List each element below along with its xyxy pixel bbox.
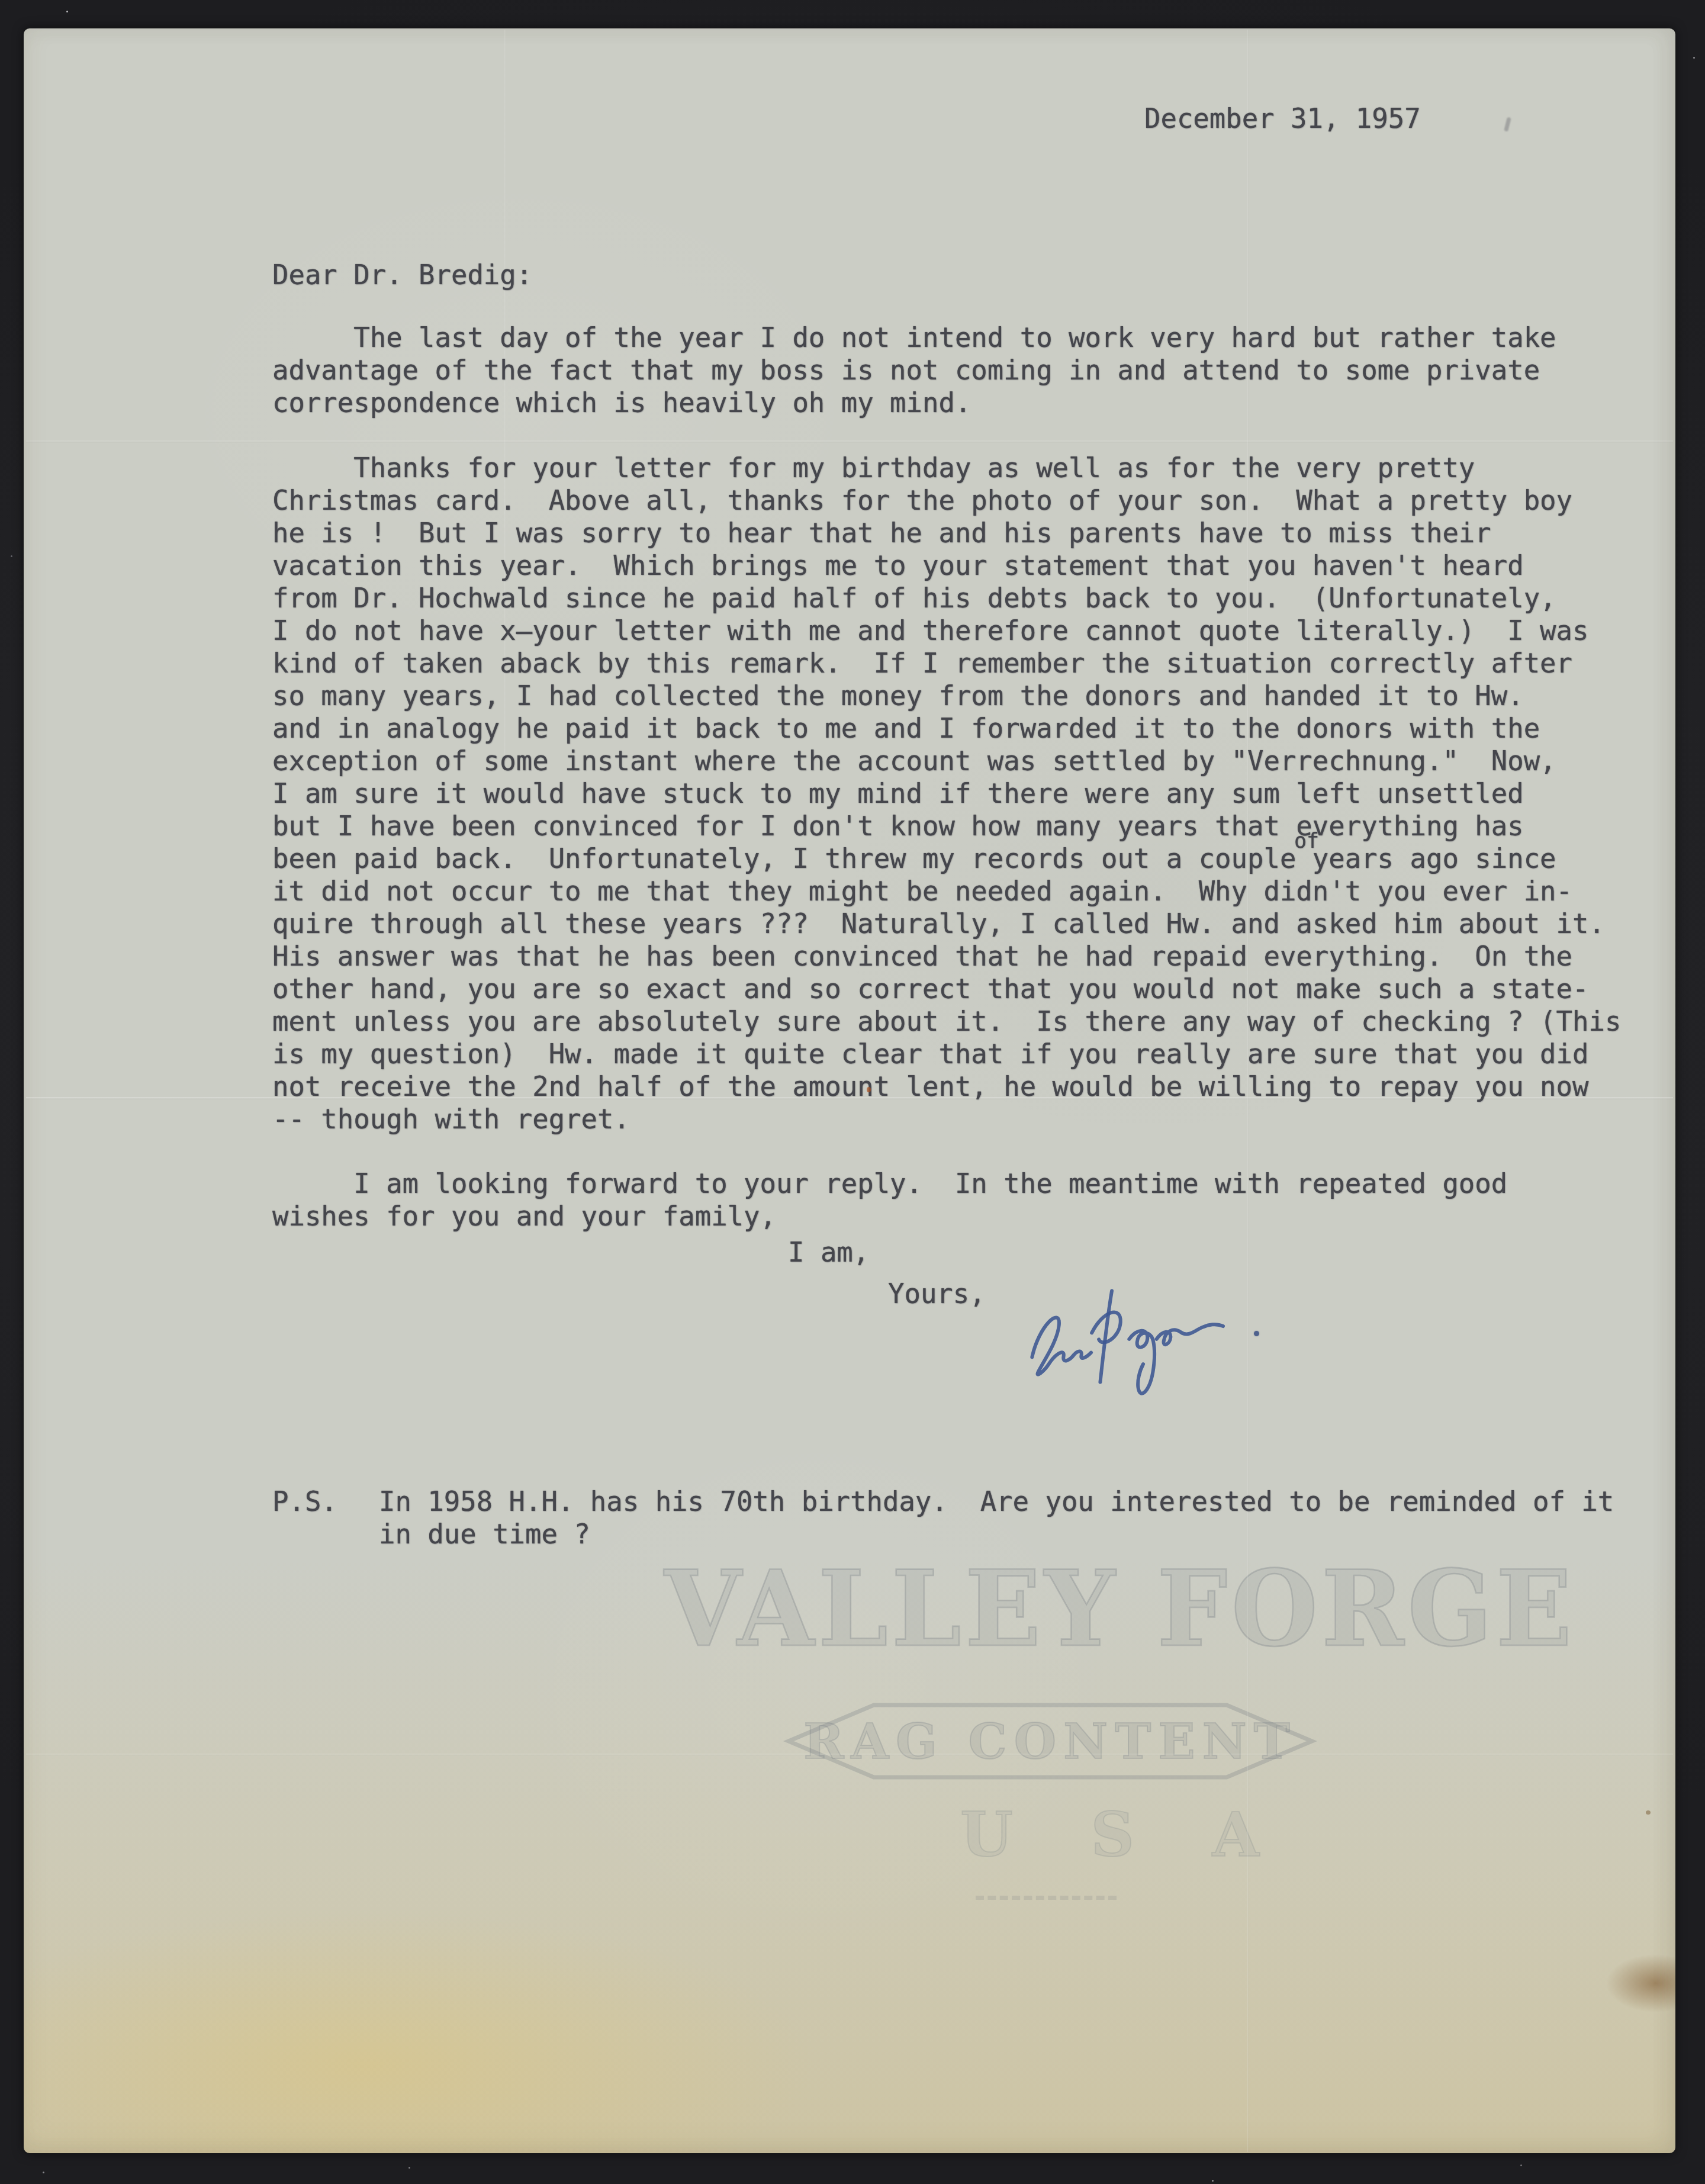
fold-crease-bottom: [26, 1754, 1673, 1756]
paper-speck-brown: [1646, 1810, 1651, 1815]
dust-specks: [66, 11, 68, 12]
ps-label: P.S.: [272, 1485, 337, 1518]
salutation: Dear Dr. Bredig:: [272, 259, 532, 291]
signature-period-dot: [1254, 1331, 1259, 1336]
watermark-valley-forge: VALLEY FORGE: [664, 1547, 1575, 1670]
ps-text: In 1958 H.H. has his 70th birthday. Are …: [379, 1485, 1614, 1551]
watermark-usa: U S A: [960, 1800, 1288, 1871]
signature-ink: [1008, 1263, 1250, 1424]
superscript-of-insertion: of: [1294, 831, 1319, 852]
paragraph-2: Thanks for your letter for my birthday a…: [272, 452, 1621, 1136]
closing-i-am: I am,: [788, 1236, 869, 1269]
fold-crease-top: [26, 440, 1673, 443]
watermark-dashes: [976, 1896, 1117, 1900]
closing-yours: Yours,: [888, 1278, 986, 1310]
svg-text:RAG CONTENT: RAG CONTENT: [803, 1713, 1297, 1770]
paragraph-1: The last day of the year I do not intend…: [272, 321, 1556, 419]
paragraph-3: I am looking forward to your reply. In t…: [272, 1167, 1507, 1233]
paper-speck-red: [867, 1087, 871, 1092]
watermark-rag-content-seal: RAG CONTENT: [780, 1692, 1320, 1790]
letter-date: December 31, 1957: [1144, 102, 1421, 135]
